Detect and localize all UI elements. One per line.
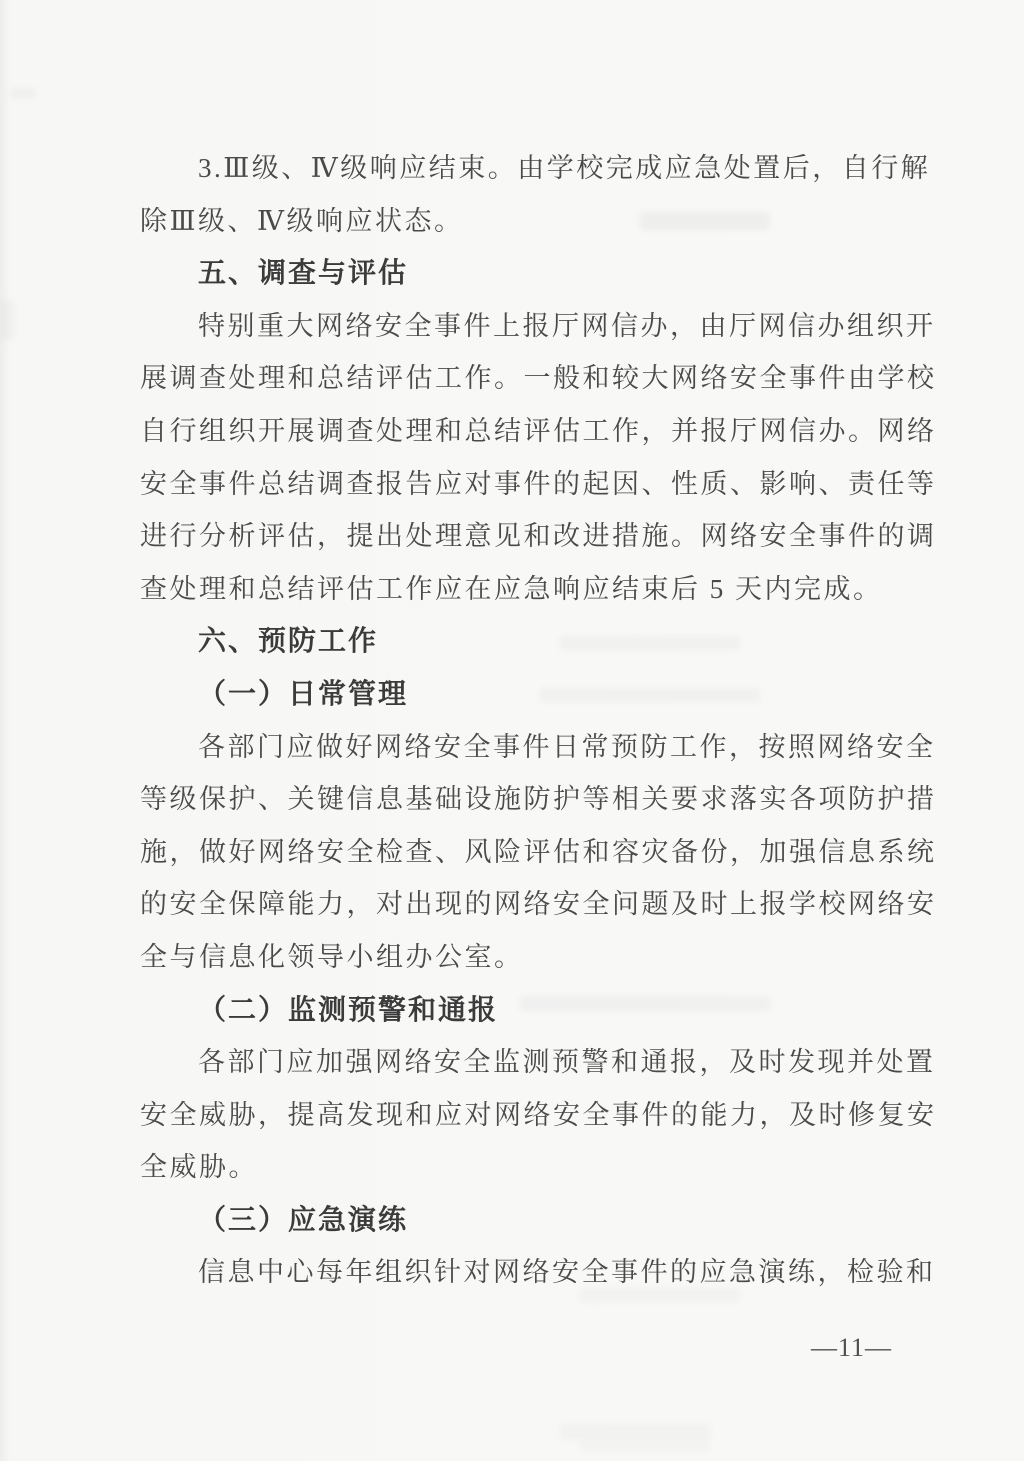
- body-text-line: 3.Ⅲ级、Ⅳ级响应结束。由学校完成应急处置后，自行解: [140, 142, 904, 195]
- body-text-line: 等级保护、关键信息基础设施防护等相关要求落实各项防护措: [140, 773, 904, 826]
- body-text-line: 自行组织开展调查处理和总结评估工作，并报厅网信办。网络: [140, 405, 904, 458]
- scan-artifact: [0, 300, 14, 340]
- scan-artifact: [560, 1424, 710, 1440]
- body-text-line: 除Ⅲ级、Ⅳ级响应状态。: [140, 195, 904, 248]
- scan-artifact: [520, 996, 770, 1011]
- scan-artifact: [540, 688, 760, 702]
- body-text-line: 进行分析评估，提出处理意见和改进措施。网络安全事件的调: [140, 510, 904, 563]
- document-page: 3.Ⅲ级、Ⅳ级响应结束。由学校完成应急处置后，自行解除Ⅲ级、Ⅳ级响应状态。五、调…: [0, 0, 1024, 1461]
- body-text-line: 安全威胁，提高发现和应对网络安全事件的能力，及时修复安: [140, 1089, 904, 1142]
- document-body: 3.Ⅲ级、Ⅳ级响应结束。由学校完成应急处置后，自行解除Ⅲ级、Ⅳ级响应状态。五、调…: [140, 142, 904, 1299]
- body-text-line: 全威胁。: [140, 1141, 904, 1194]
- scan-artifact: [580, 1288, 740, 1302]
- heading-line: （一）日常管理: [140, 668, 904, 721]
- body-text-line: 特别重大网络安全事件上报厅网信办，由厅网信办组织开: [140, 300, 904, 353]
- scan-artifact: [640, 212, 770, 230]
- scan-artifact: [10, 88, 36, 98]
- body-text-line: 的安全保障能力，对出现的网络安全问题及时上报学校网络安: [140, 878, 904, 931]
- heading-line: 五、调查与评估: [140, 247, 904, 300]
- heading-line: （三）应急演练: [140, 1194, 904, 1247]
- page-number: —11—: [811, 1333, 892, 1363]
- body-text-line: 各部门应做好网络安全事件日常预防工作，按照网络安全: [140, 721, 904, 774]
- body-text-line: 各部门应加强网络安全监测预警和通报，及时发现并处置: [140, 1036, 904, 1089]
- body-text-line: 施，做好网络安全检查、风险评估和容灾备份，加强信息系统: [140, 826, 904, 879]
- body-text-line: 查处理和总结评估工作应在应急响应结束后 5 天内完成。: [140, 563, 904, 616]
- scan-artifact: [580, 1440, 710, 1452]
- body-text-line: 全与信息化领导小组办公室。: [140, 931, 904, 984]
- body-text-line: 信息中心每年组织针对网络安全事件的应急演练，检验和: [140, 1246, 904, 1299]
- body-text-line: 展调查处理和总结评估工作。一般和较大网络安全事件由学校: [140, 352, 904, 405]
- heading-line: 六、预防工作: [140, 615, 904, 668]
- scan-artifact: [560, 636, 740, 650]
- body-text-line: 安全事件总结调查报告应对事件的起因、性质、影响、责任等: [140, 458, 904, 511]
